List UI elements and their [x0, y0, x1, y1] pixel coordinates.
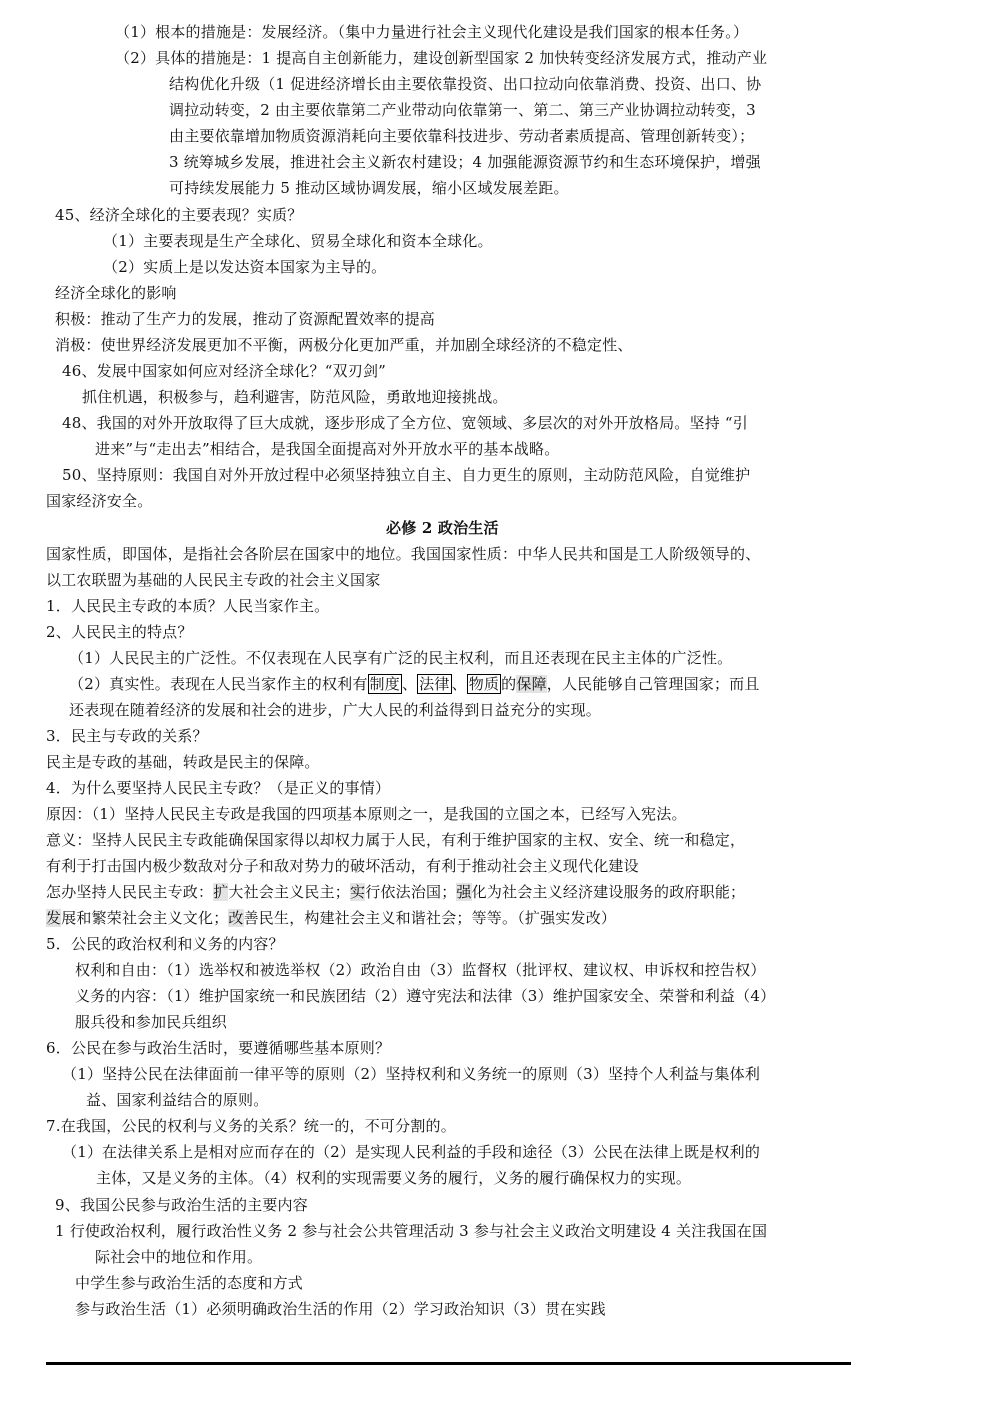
boxed-word-material: 物质 — [467, 674, 501, 694]
answer-5-duties-cont: 服兵役和参加民兵组织 — [75, 1012, 227, 1032]
globalization-impact-heading: 经济全球化的影响 — [55, 283, 177, 303]
boxed-word-system: 制度 — [368, 674, 402, 694]
highlight-char: 改 — [228, 909, 243, 927]
question-46: 46、发展中国家如何应对经济全球化？“双刃剑” — [62, 361, 386, 381]
highlight-char: 实 — [350, 883, 365, 901]
bottom-rule — [46, 1362, 851, 1365]
answer-7: （1）在法律关系上是相对应而存在的（2）是实现人民利益的手段和途径（3）公民在法… — [62, 1142, 760, 1162]
how-text: 展和繁荣社会主义文化； — [61, 909, 228, 927]
answer-4-how: 怎办坚持人民民主专政：扩大社会主义民主；实行依法治国；强化为社会主义经济建设服务… — [46, 882, 745, 902]
measure-specific-cont: 3 统筹城乡发展，推进社会主义新农村建设；4 加强能源资源节约和生态环境保护，增… — [169, 152, 761, 172]
answer-2-2-cont: 还表现在随着经济的发展和社会的进步，广大人民的利益得到日益充分的实现。 — [69, 700, 601, 720]
separator: 、 — [452, 675, 467, 693]
answer-6-cont: 益、国家利益结合的原则。 — [86, 1090, 268, 1110]
question-5: 5．公民的政治权利和义务的内容？ — [46, 934, 284, 954]
question-45: 45、经济全球化的主要表现？实质？ — [55, 205, 303, 225]
answer-4-how-cont: 发展和繁荣社会主义文化；改善民生，构建社会主义和谐社会；等等。（扩强实发改） — [46, 908, 616, 928]
student-participation-text: 参与政治生活（1）必须明确政治生活的作用（2）学习政治知识（3）贯在实践 — [75, 1299, 606, 1319]
chapter-title: 必修 2 政治生活 — [386, 518, 499, 538]
measure-specific-cont: 由主要依靠增加物质资源消耗向主要依靠科技进步、劳动者素质提高、管理创新转变）； — [169, 126, 754, 146]
question-9: 9、我国公民参与政治生活的主要内容 — [55, 1195, 308, 1215]
highlight-char: 发 — [46, 909, 61, 927]
question-6: 6．公民在参与政治生活时，要遵循哪些基本原则？ — [46, 1038, 390, 1058]
answer-2-2-text: 的 — [501, 675, 516, 693]
answer-4-meaning-cont: 有利于打击国内极少数敌对分子和敌对势力的破坏活动，有利于推动社会主义现代化建设 — [46, 856, 639, 876]
answer-45-1: （1）主要表现是生产全球化、贸易全球化和资本全球化。 — [103, 231, 493, 251]
answer-9: 1 行使政治权利，履行政治性义务 2 参与社会公共管理活动 3 参与社会主义政治… — [55, 1221, 767, 1241]
intro-state-nature: 国家性质，即国体，是指社会各阶层在国家中的地位。我国国家性质：中华人民共和国是工… — [46, 544, 760, 564]
how-text: 行依法治国； — [365, 883, 456, 901]
answer-4-meaning: 意义：坚持人民民主专政能确保国家得以却权力属于人民，有利于维护国家的主权、安全、… — [46, 830, 745, 850]
how-text: 善民生，构建社会主义和谐社会；等等。（扩强实发改） — [244, 909, 617, 927]
measure-fundamental: （1）根本的措施是：发展经济。（集中力量进行社会主义现代化建设是我们国家的根本任… — [115, 22, 748, 42]
answer-6: （1）坚持公民在法律面前一律平等的原则（2）坚持权利和义务统一的原则（3）坚持个… — [62, 1064, 760, 1084]
measure-specific: （2）具体的措施是：1 提高自主创新能力，建设创新型国家 2 加快转变经济发展方… — [115, 48, 767, 68]
answer-2-1: （1）人民民主的广泛性。不仅表现在人民享有广泛的民主权利，而且还表现在民主主体的… — [69, 648, 732, 668]
student-participation-heading: 中学生参与政治生活的态度和方式 — [75, 1273, 303, 1293]
question-4: 4．为什么要坚持人民民主专政？（是正义的事情） — [46, 778, 390, 798]
question-3: 3．民主与专政的关系？ — [46, 726, 208, 746]
answer-3: 民主是专政的基础，转政是民主的保障。 — [46, 752, 320, 772]
point-48: 48、我国的对外开放取得了巨大成就，逐步形成了全方位、宽领域、多层次的对外开放格… — [62, 413, 748, 433]
measure-specific-cont: 调拉动转变，2 由主要依靠第二产业带动向依靠第一、第二、第三产业协调拉动转变，3 — [169, 100, 756, 120]
answer-2-2-text: （2）真实性。表现在人民当家作主的权利有 — [69, 675, 368, 693]
how-text: 化为社会主义经济建设服务的政府职能； — [472, 883, 746, 901]
answer-5-rights: 权利和自由：（1）选举权和被选举权（2）政治自由（3）监督权（批评权、建议权、申… — [75, 960, 766, 980]
answer-7-cont: 主体，又是义务的主体。（4）权利的实现需要义务的履行，义务的履行确保权力的实现。 — [96, 1168, 691, 1188]
answer-2-2-text: ，人民能够自己管理国家；而且 — [547, 675, 760, 693]
document-page: （1）根本的措施是：发展经济。（集中力量进行社会主义现代化建设是我们国家的根本任… — [0, 0, 992, 1403]
intro-state-nature-cont: 以工农联盟为基础的人民民主专政的社会主义国家 — [46, 570, 380, 590]
answer-45-2: （2）实质上是以发达资本国家为主导的。 — [103, 257, 386, 277]
point-50-cont: 国家经济安全。 — [46, 491, 152, 511]
highlighted-word-guarantee: 保障 — [516, 675, 546, 693]
question-1: 1．人民民主专政的本质？人民当家作主。 — [46, 596, 329, 616]
highlight-char: 扩 — [213, 883, 228, 901]
point-48-cont: 进来”与“走出去”相结合，是我国全面提高对外开放水平的基本战略。 — [95, 439, 559, 459]
measure-specific-cont: 可持续发展能力 5 推动区域协调发展，缩小区域发展差距。 — [169, 178, 569, 198]
boxed-word-law: 法律 — [417, 674, 451, 694]
answer-46: 抓住机遇，积极参与，趋利避害，防范风险，勇敢地迎接挑战。 — [82, 387, 508, 407]
answer-4-reason: 原因：（1）坚持人民民主专政是我国的四项基本原则之一，是我国的立国之本，已经写入… — [46, 804, 687, 824]
answer-9-cont: 际社会中的地位和作用。 — [95, 1247, 262, 1267]
point-50: 50、坚持原则：我国自对外开放过程中必须坚持独立自主、自力更生的原则，主动防范风… — [62, 465, 750, 485]
highlight-char: 强 — [456, 883, 471, 901]
impact-positive: 积极：推动了生产力的发展，推动了资源配置效率的提高 — [55, 309, 435, 329]
separator: 、 — [402, 675, 417, 693]
how-label: 怎办坚持人民民主专政： — [46, 883, 213, 901]
impact-negative: 消极：使世界经济发展更加不平衡，两极分化更加严重，并加剧全球经济的不稳定性、 — [55, 335, 633, 355]
question-2: 2、人民民主的特点？ — [46, 622, 193, 642]
answer-5-duties: 义务的内容：（1）维护国家统一和民族团结（2）遵守宪法和法律（3）维护国家安全、… — [75, 986, 775, 1006]
answer-2-2: （2）真实性。表现在人民当家作主的权利有制度、法律、物质的保障，人民能够自己管理… — [69, 674, 760, 694]
how-text: 大社会主义民主； — [228, 883, 350, 901]
question-7: 7.在我国，公民的权利与义务的关系？统一的，不可分割的。 — [46, 1116, 456, 1136]
measure-specific-cont: 结构优化升级（1 促进经济增长由主要依靠投资、出口拉动向依靠消费、投资、出口、协 — [169, 74, 761, 94]
